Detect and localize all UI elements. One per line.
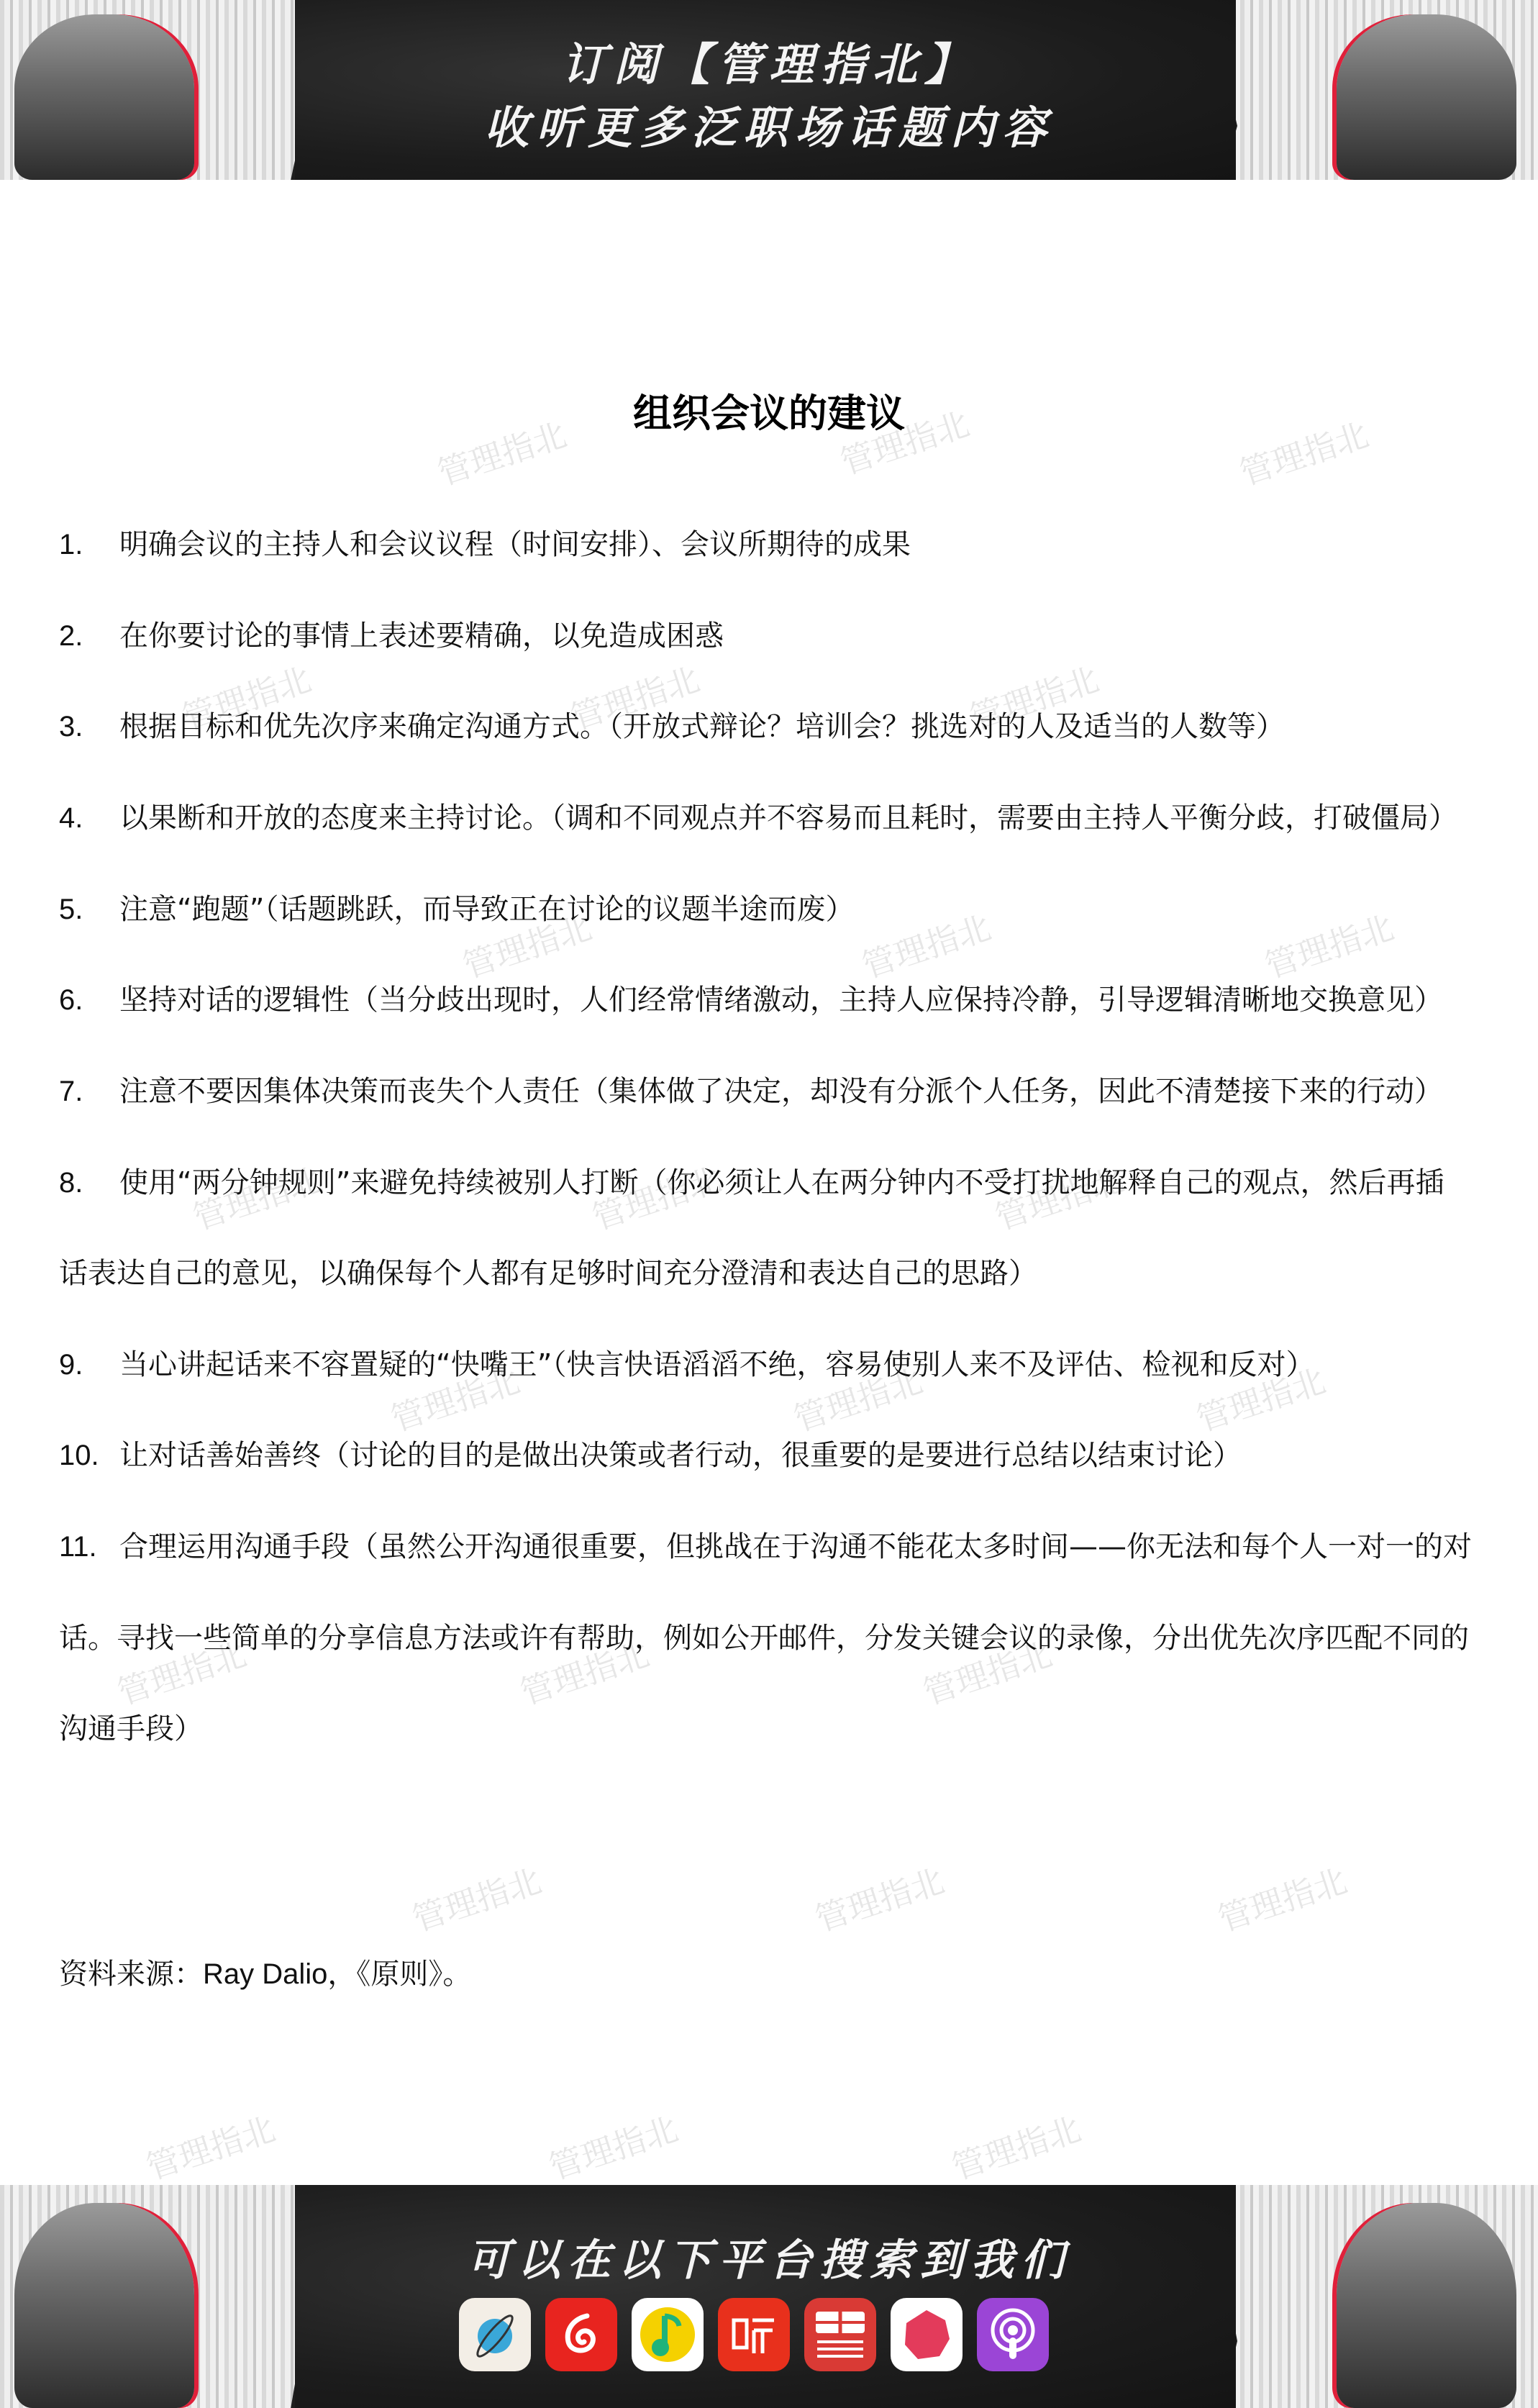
watermark: 管理指北 [809, 1855, 949, 1941]
item-number: 3. [59, 681, 119, 773]
item-text-continuation: 沟通手段） [59, 1684, 203, 1775]
item-text: 以果断和开放的态度来主持讨论。（调和不同观点并不容易而且耗时，需要由主持人平衡分… [119, 801, 1457, 835]
source-citation: 资料来源：Ray Dalio，《原则》。 [59, 1951, 471, 1992]
item-text: 注意“跑题”（话题跳跃，而导致正在讨论的议题半途而废） [119, 893, 854, 926]
watermark: 管理指北 [945, 2103, 1086, 2189]
item-text: 使用“两分钟规则”来避免持续被别人打断（你必须让人在两分钟内不受打扰地解释自己的… [119, 1166, 1444, 1199]
footer-banner: 可以在以下平台搜索到我们 [0, 2185, 1538, 2408]
item-text: 合理运用沟通手段（虽然公开沟通很重要，但挑战在于沟通不能花太多时间——你无法和每… [119, 1530, 1472, 1563]
ting-app-icon[interactable] [718, 2298, 790, 2371]
item-number: 5. [59, 864, 119, 955]
radio-app-icon[interactable] [804, 2298, 876, 2371]
qq-music-icon[interactable] [632, 2298, 704, 2371]
list-item: 11.合理运用沟通手段（虽然公开沟通很重要，但挑战在于沟通不能花太多时间——你无… [59, 1501, 1498, 1593]
item-number: 4. [59, 773, 119, 864]
list-item: 10.让对话善始善终（讨论的目的是做出决策或者行动，很重要的是要进行总结以结束讨… [59, 1410, 1498, 1501]
planet-app-icon[interactable] [459, 2298, 531, 2371]
source-value: Ray Dalio，《原则》。 [203, 1958, 471, 1990]
item-number: 7. [59, 1046, 119, 1137]
list-item: 9.当心讲起话来不容置疑的“快嘴王”（快言快语滔滔不绝，容易使别人来不及评估、检… [59, 1319, 1498, 1411]
page-title: 组织会议的建议 [0, 383, 1538, 438]
item-text-continuation: 话表达自己的意见，以确保每个人都有足够时间充分澄清和表达自己的思路） [59, 1228, 1037, 1319]
chalkboard-background [295, 2185, 1236, 2408]
item-number: 1. [59, 499, 119, 591]
list-item: 8.使用“两分钟规则”来避免持续被别人打断（你必须让人在两分钟内不受打扰地解释自… [59, 1137, 1498, 1229]
watermark: 管理指北 [542, 2103, 683, 2189]
item-number: 9. [59, 1319, 119, 1411]
list-item: 1.明确会议的主持人和会议议程（时间安排）、会议所期待的成果 [59, 499, 1498, 591]
list-item: 2.在你要讨论的事情上表述要精确，以免造成困惑 [59, 591, 1498, 682]
item-text: 坚持对话的逻辑性（当分歧出现时，人们经常情绪激动，主持人应保持冷静，引导逻辑清晰… [119, 983, 1443, 1017]
subscribe-heading: 订阅【管理指北】 [0, 29, 1538, 93]
platforms-heading: 可以在以下平台搜索到我们 [0, 2226, 1538, 2288]
list-item: 3.根据目标和优先次序来确定沟通方式。（开放式辩论？培训会？挑选对的人及适当的人… [59, 681, 1498, 773]
item-number: 6. [59, 955, 119, 1046]
netease-music-icon[interactable] [545, 2298, 617, 2371]
list-item: 6.坚持对话的逻辑性（当分歧出现时，人们经常情绪激动，主持人应保持冷静，引导逻辑… [59, 955, 1498, 1046]
watermark: 管理指北 [406, 1855, 546, 1941]
item-number: 2. [59, 591, 119, 682]
item-text-continuation: 话。寻找一些简单的分享信息方法或许有帮助，例如公开邮件，分发关键会议的录像，分出… [59, 1593, 1469, 1684]
item-text: 注意不要因集体决策而丧失个人责任（集体做了决定，却没有分派个人任务，因此不清楚接… [119, 1075, 1443, 1108]
source-label: 资料来源： [59, 1958, 203, 1991]
item-text: 根据目标和优先次序来确定沟通方式。（开放式辩论？培训会？挑选对的人及适当的人数等… [119, 710, 1285, 743]
list-item: 4.以果断和开放的态度来主持讨论。（调和不同观点并不容易而且耗时，需要由主持人平… [59, 773, 1498, 864]
item-text: 明确会议的主持人和会议议程（时间安排）、会议所期待的成果 [119, 528, 911, 561]
subscribe-subheading: 收听更多泛职场话题内容 [0, 92, 1538, 156]
platform-app-list [459, 2298, 1049, 2371]
list-item: 5.注意“跑题”（话题跳跃，而导致正在讨论的议题半途而废） [59, 864, 1498, 955]
header-banner: 订阅【管理指北】 收听更多泛职场话题内容 [0, 0, 1538, 180]
item-text: 在你要讨论的事情上表述要精确，以免造成困惑 [119, 619, 724, 653]
item-number: 8. [59, 1137, 119, 1229]
gem-app-icon[interactable] [891, 2298, 963, 2371]
watermark: 管理指北 [140, 2103, 280, 2189]
item-number: 11. [59, 1501, 119, 1593]
item-text: 当心讲起话来不容置疑的“快嘴王”（快言快语滔滔不绝，容易使别人来不及评估、检视和… [119, 1348, 1314, 1381]
item-text: 让对话善始善终（讨论的目的是做出决策或者行动，很重要的是要进行总结以结束讨论） [119, 1439, 1242, 1472]
item-number: 10. [59, 1410, 119, 1501]
watermark: 管理指北 [1211, 1855, 1352, 1941]
list-item: 7.注意不要因集体决策而丧失个人责任（集体做了决定，却没有分派个人任务，因此不清… [59, 1046, 1498, 1137]
podcasts-app-icon[interactable] [977, 2298, 1049, 2371]
